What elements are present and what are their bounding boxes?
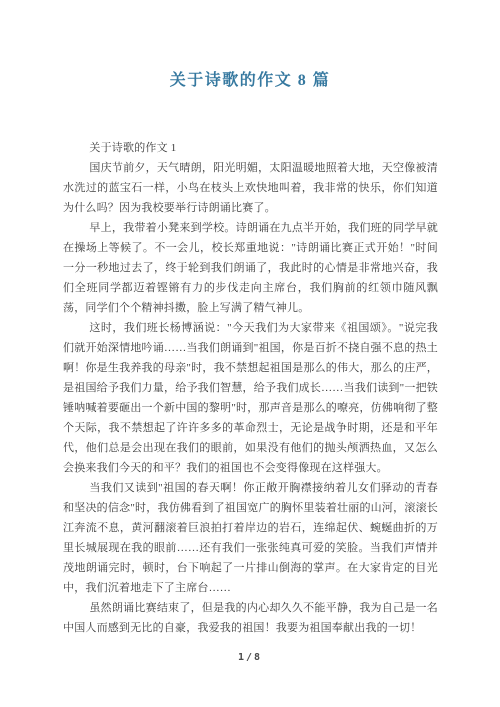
document-page: 关于诗歌的作文 8 篇 关于诗歌的作文 1 国庆节前夕，天气晴朗，阳光明媚，太阳… (0, 0, 500, 707)
document-title: 关于诗歌的作文 8 篇 (0, 0, 500, 92)
essay-paragraph: 这时，我们班长杨博涵说："今天我们为大家带来《祖国颂》。"说完我们就开始深情地吟… (63, 318, 438, 478)
essay-paragraph: 早上，我带着小凳来到学校。诗朗诵在九点半开始，我们班的同学早就在操场上等候了。不… (63, 218, 438, 318)
essay-paragraph: 虽然朗诵比赛结束了，但是我的内心却久久不能平静，我为自己是一名中国人而感到无比的… (63, 598, 438, 638)
essay-paragraph: 当我们又读到"祖国的春天啊！你正敞开胸襟接纳着儿女们驿动的青春和坚决的信念"时，… (63, 478, 438, 598)
essay-paragraph: 国庆节前夕，天气晴朗，阳光明媚，太阳温暖地照着大地，天空像被清水洗过的蓝宝石一样… (63, 158, 438, 218)
page-number-indicator: 1/8 (0, 652, 500, 663)
document-body: 关于诗歌的作文 1 国庆节前夕，天气晴朗，阳光明媚，太阳温暖地照着大地，天空像被… (63, 138, 438, 638)
essay-section-heading: 关于诗歌的作文 1 (63, 138, 438, 158)
